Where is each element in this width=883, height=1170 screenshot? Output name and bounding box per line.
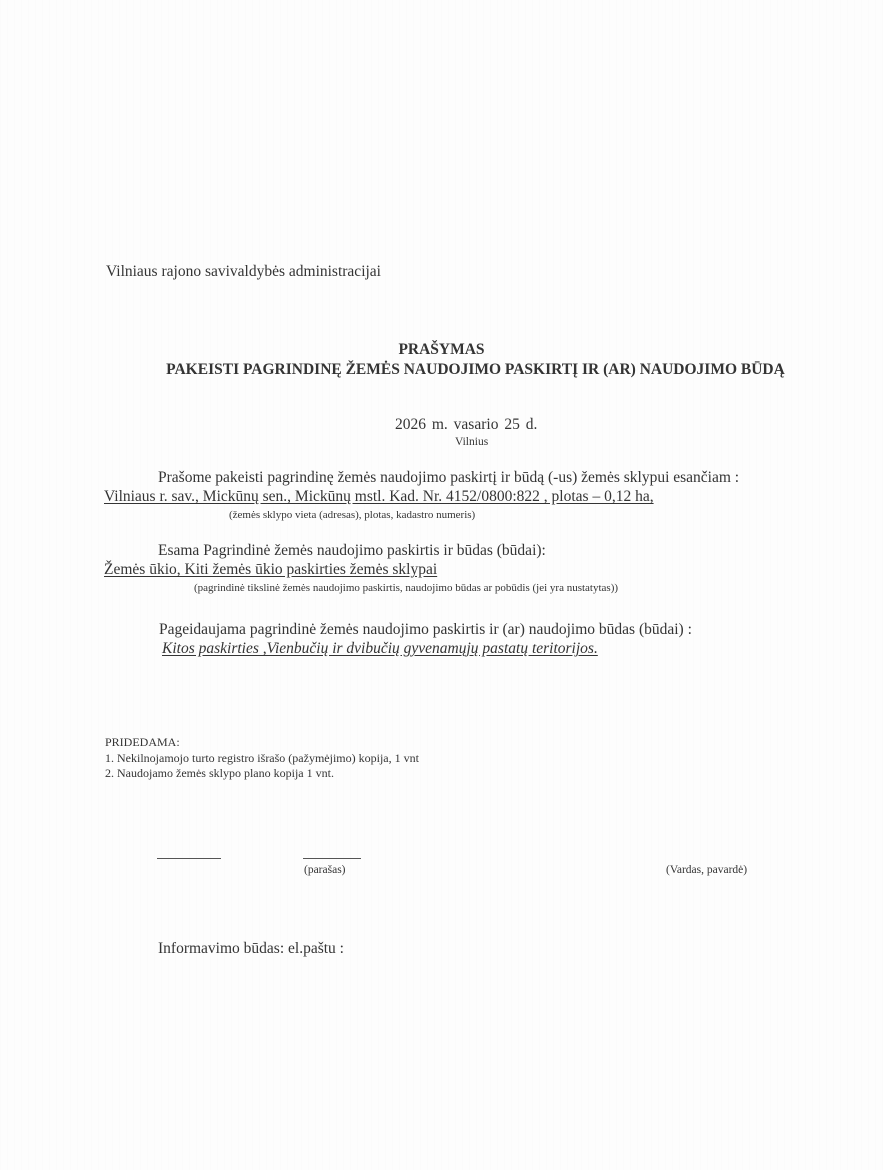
attachments-title: PRIDEDAMA:: [105, 735, 180, 750]
desired-purpose-value: Kitos paskirties ,Vienbučių ir dvibučių …: [162, 640, 598, 658]
current-purpose-value: Žemės ūkio, Kiti žemės ūkio paskirties ž…: [104, 561, 437, 579]
addressee: Vilniaus rajono savivaldybės administrac…: [106, 263, 381, 281]
document-subtitle: PAKEISTI PAGRINDINĘ ŽEMĖS NAUDOJIMO PASK…: [0, 361, 883, 379]
informing-method: Informavimo būdas: el.paštu :: [158, 940, 344, 958]
date-signature-line: [157, 858, 221, 859]
name-hint: (Vardas, pavardė): [666, 864, 747, 876]
plot-location-hint: (žemės sklypo vieta (adresas), plotas, k…: [229, 509, 475, 521]
document-title: PRAŠYMAS: [0, 341, 883, 359]
attachment-item: 2. Naudojamo žemės sklypo plano kopija 1…: [105, 766, 334, 781]
attachment-item: 1. Nekilnojamojo turto registro išrašo (…: [105, 751, 419, 766]
request-label: Prašome pakeisti pagrindinę žemės naudoj…: [158, 469, 739, 487]
current-purpose-label: Esama Pagrindinė žemės naudojimo paskirt…: [158, 542, 546, 560]
plot-location-value: Vilniaus r. sav., Mickūnų sen., Mickūnų …: [104, 488, 654, 506]
desired-purpose-label: Pageidaujama pagrindinė žemės naudojimo …: [159, 621, 692, 639]
document-city: Vilnius: [455, 436, 488, 448]
current-purpose-hint: (pagrindinė tikslinė žemės naudojimo pas…: [194, 582, 618, 594]
document-date: 2026 m. vasario 25 d.: [395, 416, 537, 434]
signature-line: [303, 858, 361, 859]
signature-hint: (parašas): [304, 864, 346, 876]
scanned-page: Vilniaus rajono savivaldybės administrac…: [0, 0, 883, 1170]
